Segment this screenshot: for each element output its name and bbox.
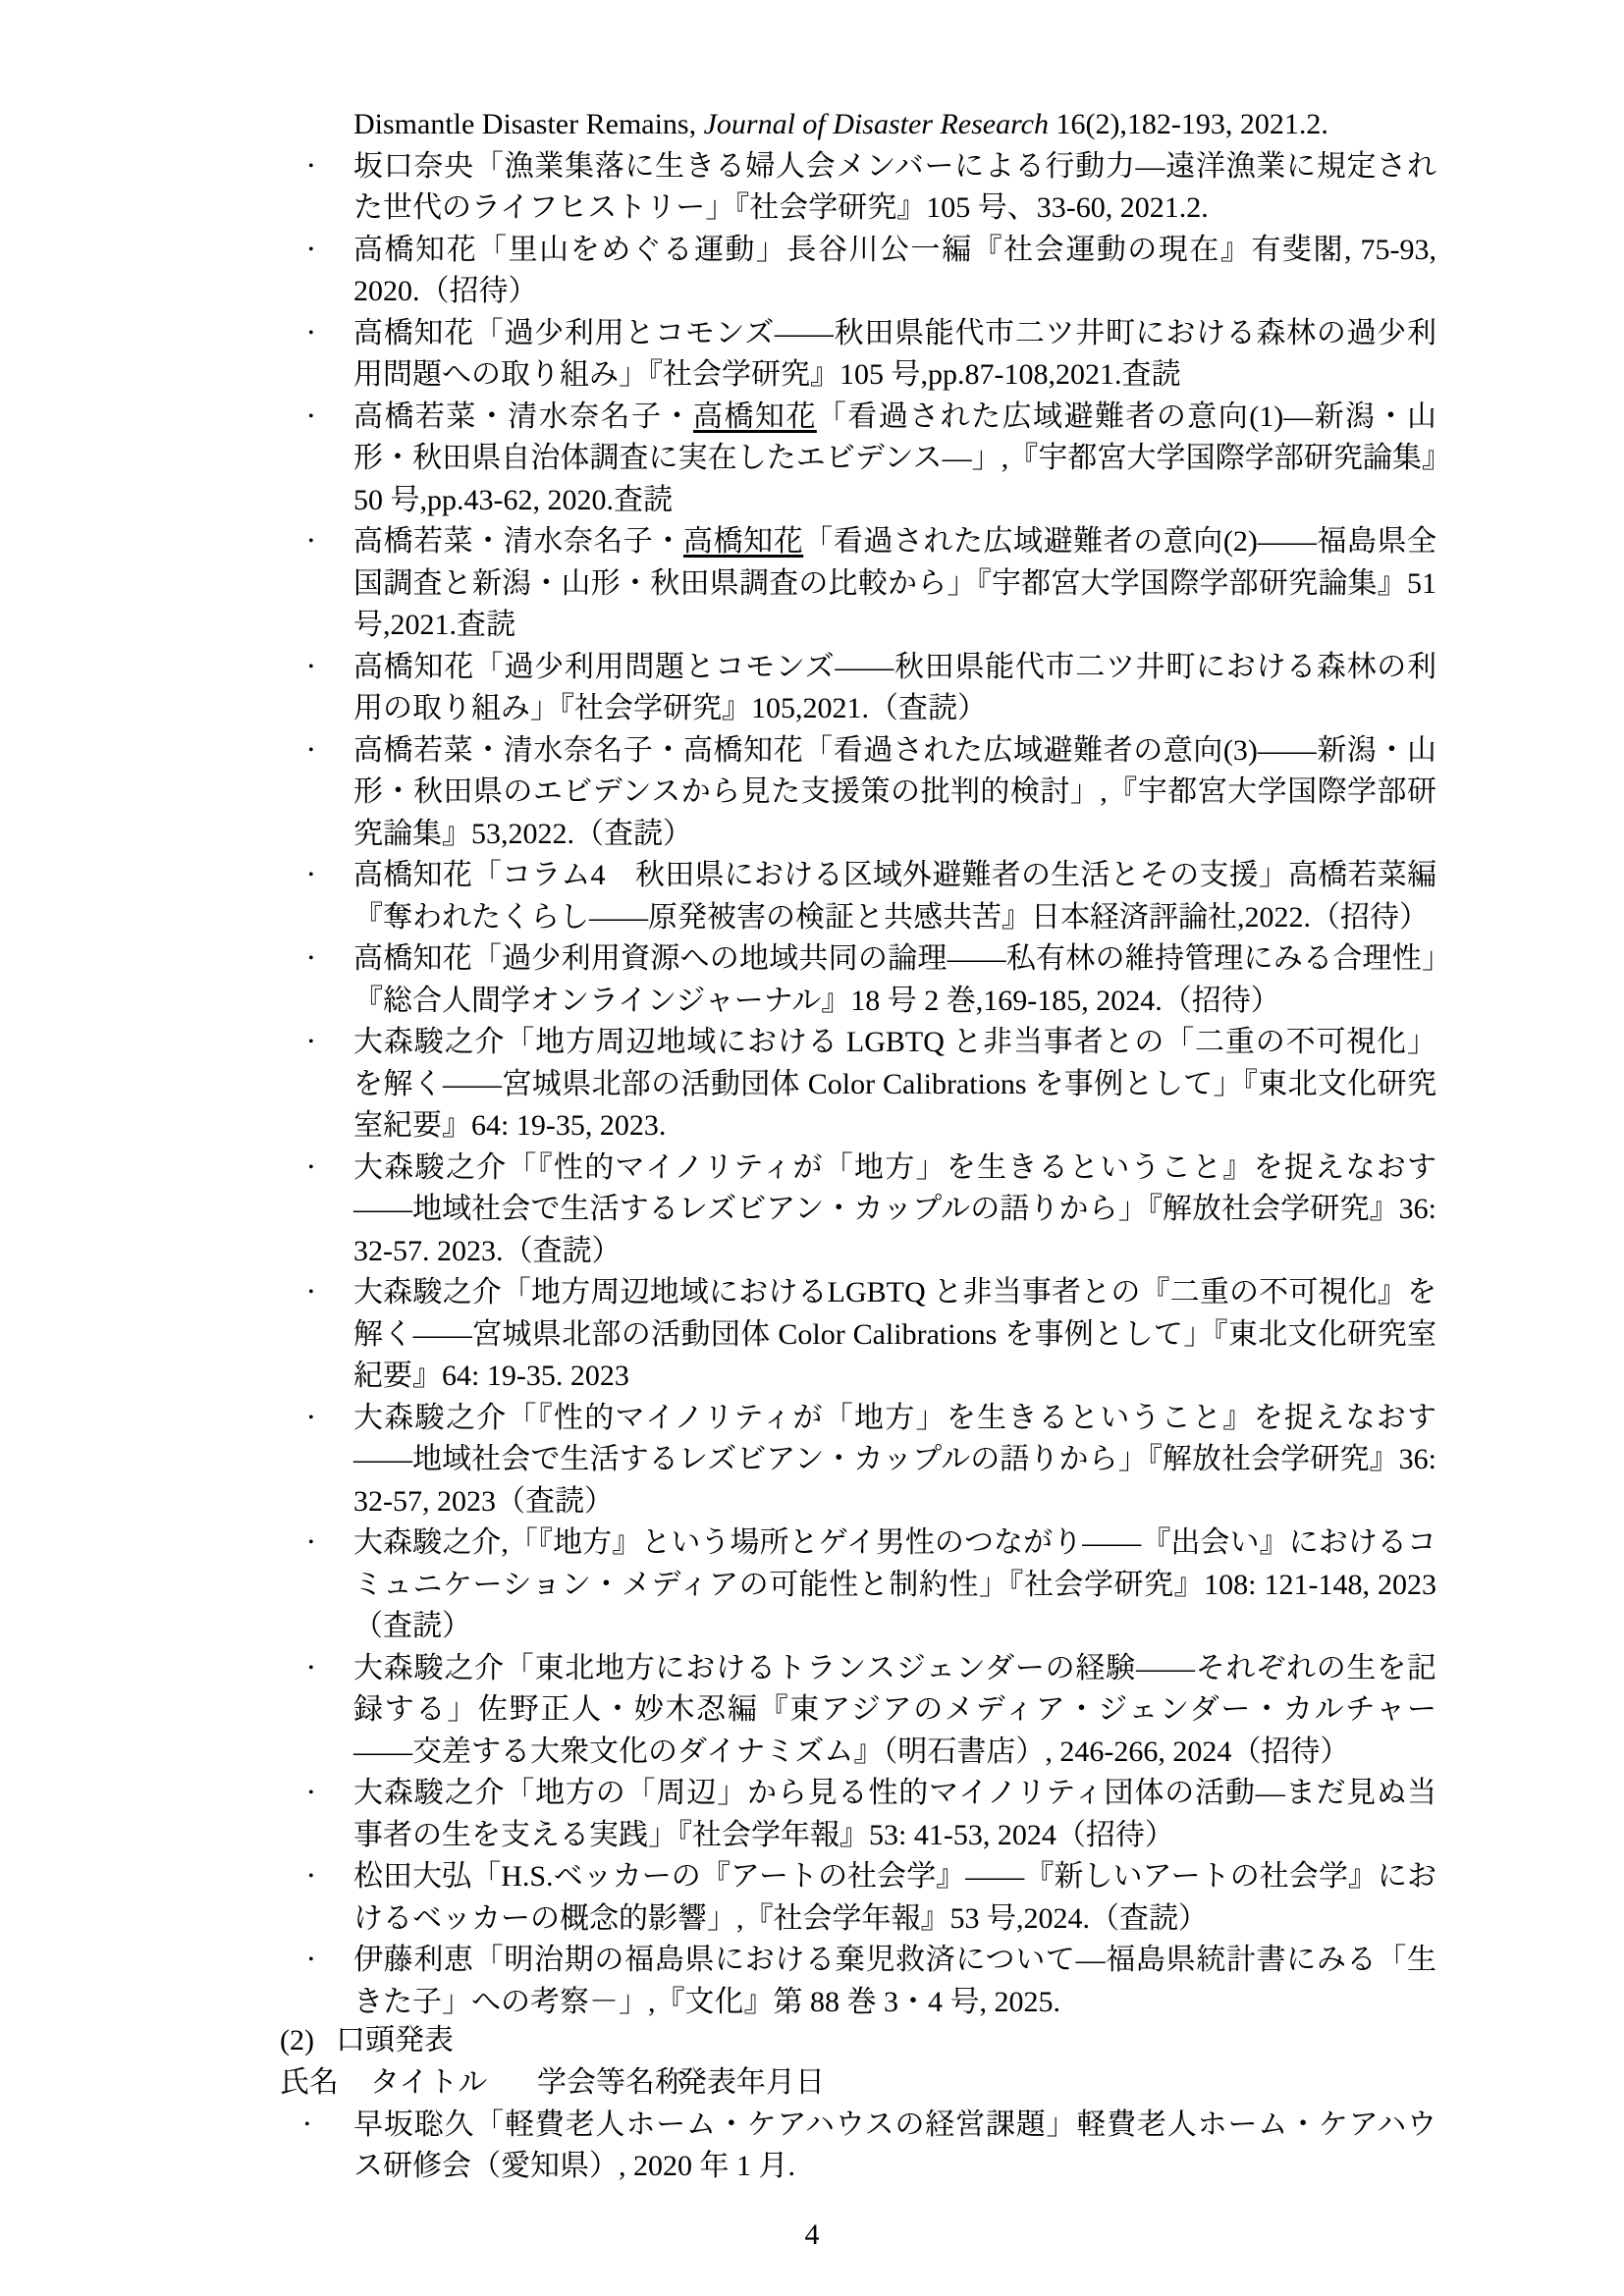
column-headers: 氏名 タイトル 学会等名称 発表年月日 xyxy=(280,2062,1436,2105)
citation-text: 高橋若菜・清水奈名子・ xyxy=(353,400,693,433)
citation-text: 大森駿之介,「『地方』という場所とゲイ男性のつながり——『出会い』におけるコミュ… xyxy=(353,1526,1436,1642)
underlined-author-name: 高橋知花 xyxy=(693,400,817,433)
bullet-icon: • xyxy=(308,1773,314,1815)
citation-text: 高橋知花「過少利用とコモンズ——秋田県能代市二ツ井町における森林の過少利用問題へ… xyxy=(353,317,1436,392)
citation-item: •松田大弘「H.S.ベッカーの『アートの社会学』――『新しいアートの社会学』にお… xyxy=(302,1856,1436,1940)
bullet-icon: • xyxy=(308,1940,314,1982)
bullet-icon: • xyxy=(308,1648,314,1690)
column-header-title: タイトル xyxy=(370,2062,487,2105)
citation-item: •大森駿之介「東北地方におけるトランスジェンダーの経験——それぞれの生を記録する… xyxy=(302,1648,1436,1774)
citation-item: •高橋知花「過少利用とコモンズ——秋田県能代市二ツ井町における森林の過少利用問題… xyxy=(302,313,1436,397)
bullet-icon: • xyxy=(308,1522,314,1565)
page-number: 4 xyxy=(0,2215,1624,2257)
citation-item: •大森駿之介「地方周辺地域における LGBTQ と非当事者との「二重の不可視化」… xyxy=(302,1022,1436,1148)
citation-item: •高橋知花「過少利用問題とコモンズ——秋田県能代市二ツ井町における森林の利用の取… xyxy=(302,647,1436,730)
citation-item: •大森駿之介「地方周辺地域におけるLGBTQ と非当事者との『二重の不可視化』を… xyxy=(302,1272,1436,1398)
citation-text: 伊藤利恵「明治期の福島県における棄児救済について―福島県統計書にみる「生きた子」… xyxy=(353,1944,1436,2018)
citation-item: •高橋知花「コラム4 秋田県における区域外避難者の生活とその支援」高橋若菜編『奪… xyxy=(302,855,1436,938)
journal-title-italic: Journal of Disaster Research xyxy=(704,108,1049,140)
oral-presentation-list: •早坂聡久「軽費老人ホーム・ケアハウスの経営課題」軽費老人ホーム・ケアハウス研修… xyxy=(280,2105,1436,2188)
citation-text: 高橋知花「コラム4 秋田県における区域外避難者の生活とその支援」高橋若菜編『奪わ… xyxy=(353,859,1436,934)
section-number: (2) xyxy=(280,2020,314,2062)
bullet-icon: • xyxy=(308,855,314,897)
citation-text: 大森駿之介「地方の「周辺」から見る性的マイノリティ団体の活動―まだ見ぬ当事者の生… xyxy=(353,1777,1436,1851)
citation-item: •伊藤利恵「明治期の福島県における棄児救済について―福島県統計書にみる「生きた子… xyxy=(302,1940,1436,2023)
column-header-conference: 学会等名称 xyxy=(537,2062,684,2105)
bullet-icon: • xyxy=(308,938,314,981)
citation-item: •高橋若菜・清水奈名子・高橋知花「看過された広域避難者の意向(2)——福島県全国… xyxy=(302,521,1436,647)
bullet-icon: • xyxy=(308,1272,314,1314)
bullet-icon: • xyxy=(308,521,314,563)
citation-text: 高橋若菜・清水奈名子・ xyxy=(353,525,683,558)
bullet-icon: • xyxy=(308,397,314,439)
oral-presentations-section: (2)口頭発表 氏名 タイトル 学会等名称 発表年月日 •早坂聡久「軽費老人ホー… xyxy=(280,2020,1436,2188)
citation-text: 高橋知花「里山をめぐる運動」長谷川公一編『社会運動の現在』有斐閣, 75-93,… xyxy=(353,234,1436,308)
citation-text: Dismantle Disaster Remains, xyxy=(353,108,704,140)
citation-item: •大森駿之介「地方の「周辺」から見る性的マイノリティ団体の活動―まだ見ぬ当事者の… xyxy=(302,1773,1436,1856)
publication-list: Dismantle Disaster Remains, Journal of D… xyxy=(302,104,1436,2023)
citation-item: •高橋若菜・清水奈名子・高橋知花「看過された広域避難者の意向(1)―新潟・山形・… xyxy=(302,397,1436,522)
column-header-name: 氏名 xyxy=(280,2062,339,2105)
citation-text: 坂口奈央「漁業集落に生きる婦人会メンバーによる行動力―遠洋漁業に規定された世代の… xyxy=(353,150,1436,225)
bullet-icon: • xyxy=(304,2105,310,2147)
citation-text: 大森駿之介「『性的マイノリティが「地方」を生きるということ』を捉えなおす——地域… xyxy=(353,1402,1436,1518)
citation-item: •大森駿之介,「『地方』という場所とゲイ男性のつながり——『出会い』におけるコミ… xyxy=(302,1522,1436,1648)
bullet-icon: • xyxy=(308,1022,314,1064)
bullet-icon: • xyxy=(308,1856,314,1898)
underlined-author-name: 高橋知花 xyxy=(683,525,803,558)
citation-text: 大森駿之介「地方周辺地域における LGBTQ と非当事者との「二重の不可視化」を… xyxy=(353,1026,1436,1142)
section-title: 口頭発表 xyxy=(336,2024,454,2056)
citation-item: •早坂聡久「軽費老人ホーム・ケアハウスの経営課題」軽費老人ホーム・ケアハウス研修… xyxy=(280,2105,1436,2188)
citation-item: •坂口奈央「漁業集落に生きる婦人会メンバーによる行動力―遠洋漁業に規定された世代… xyxy=(302,146,1436,230)
citation-item: •大森駿之介「『性的マイノリティが「地方」を生きるということ』を捉えなおす——地… xyxy=(302,1148,1436,1273)
column-header-date: 発表年月日 xyxy=(677,2062,825,2105)
bullet-icon: • xyxy=(308,730,314,773)
citation-text: 高橋知花「過少利用資源への地域共同の論理——私有林の維持管理にみる合理性」『総合… xyxy=(353,942,1436,1017)
citation-text: 大森駿之介「『性的マイノリティが「地方」を生きるということ』を捉えなおす——地域… xyxy=(353,1151,1436,1267)
citation-text: 16(2),182-193, 2021.2. xyxy=(1049,108,1328,140)
bullet-icon: • xyxy=(308,230,314,272)
bullet-icon: • xyxy=(308,1148,314,1190)
citation-text: 高橋若菜・清水奈名子・高橋知花「看過された広域避難者の意向(3)——新潟・山形・… xyxy=(353,734,1436,850)
citation-item: •高橋若菜・清水奈名子・高橋知花「看過された広域避難者の意向(3)——新潟・山形… xyxy=(302,730,1436,856)
document-page: Dismantle Disaster Remains, Journal of D… xyxy=(0,0,1624,2296)
citation-text: 早坂聡久「軽費老人ホーム・ケアハウスの経営課題」軽費老人ホーム・ケアハウス研修会… xyxy=(353,2109,1436,2183)
citation-text: 大森駿之介「東北地方におけるトランスジェンダーの経験——それぞれの生を記録する」… xyxy=(353,1652,1436,1768)
bullet-icon: • xyxy=(308,647,314,689)
bullet-icon: • xyxy=(308,1398,314,1440)
citation-continuation-line: Dismantle Disaster Remains, Journal of D… xyxy=(302,104,1436,146)
bullet-icon: • xyxy=(308,146,314,188)
citation-item: •高橋知花「里山をめぐる運動」長谷川公一編『社会運動の現在』有斐閣, 75-93… xyxy=(302,230,1436,313)
citation-text: 大森駿之介「地方周辺地域におけるLGBTQ と非当事者との『二重の不可視化』を解… xyxy=(353,1276,1436,1392)
citation-item: •大森駿之介「『性的マイノリティが「地方」を生きるということ』を捉えなおす——地… xyxy=(302,1398,1436,1523)
section-heading: (2)口頭発表 xyxy=(280,2020,1436,2062)
bullet-icon: • xyxy=(308,313,314,355)
citation-text: 松田大弘「H.S.ベッカーの『アートの社会学』――『新しいアートの社会学』におけ… xyxy=(353,1860,1436,1935)
citation-text: 高橋知花「過少利用問題とコモンズ——秋田県能代市二ツ井町における森林の利用の取り… xyxy=(353,651,1436,725)
citation-item: •高橋知花「過少利用資源への地域共同の論理——私有林の維持管理にみる合理性」『総… xyxy=(302,938,1436,1022)
